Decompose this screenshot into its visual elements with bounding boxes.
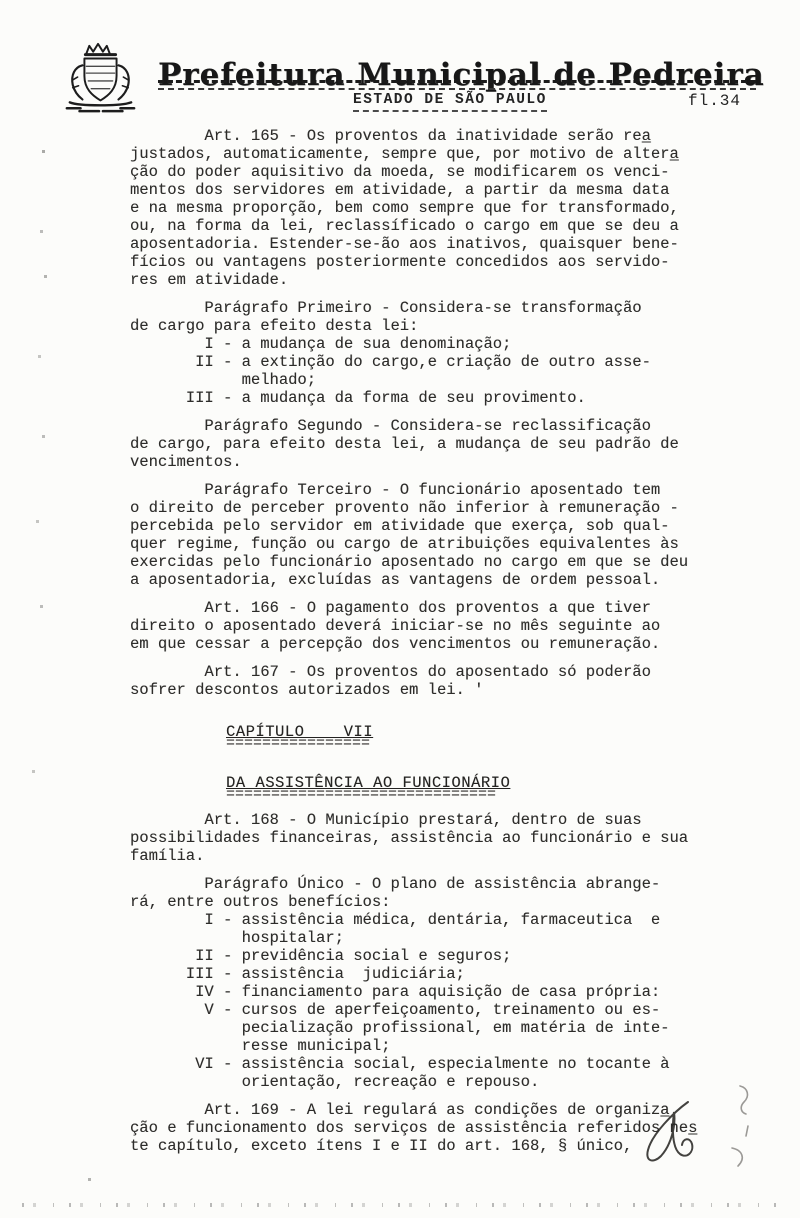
paragraph-art-166: Art. 166 - O pagamento dos proventos a q… [130, 599, 800, 653]
paragraph-paragrafo-primeiro: Parágrafo Primeiro - Considera-se transf… [130, 299, 800, 407]
chapter-heading-rule: ================ [226, 738, 800, 750]
paragraph-paragrafo-segundo: Parágrafo Segundo - Considera-se reclass… [130, 417, 800, 471]
pencil-margin-marks-icon [718, 1082, 758, 1179]
paragraph-paragrafo-terceiro: Parágrafo Terceiro - O funcionário apose… [130, 481, 800, 589]
paragraph-art-168: Art. 168 - O Município prestará, dentro … [130, 811, 800, 865]
paragraph-paragrafo-unico: Parágrafo Único - O plano de assistência… [130, 875, 800, 1091]
handwritten-initial-icon [636, 1098, 714, 1175]
document-body: Art. 165 - Os proventos da inatividade s… [0, 0, 800, 1155]
section-heading-rule: ============================== [226, 789, 800, 801]
scanned-document-page: Prefeitura Municipal de Pedreira ESTADO … [0, 0, 800, 1218]
paragraph-art-167: Art. 167 - Os proventos do aposentado só… [130, 663, 800, 699]
paragraph-art-165: Art. 165 - Os proventos da inatividade s… [130, 127, 800, 289]
scan-noise-dots [42, 150, 45, 153]
scan-noise-bottom-edge [22, 1203, 778, 1207]
